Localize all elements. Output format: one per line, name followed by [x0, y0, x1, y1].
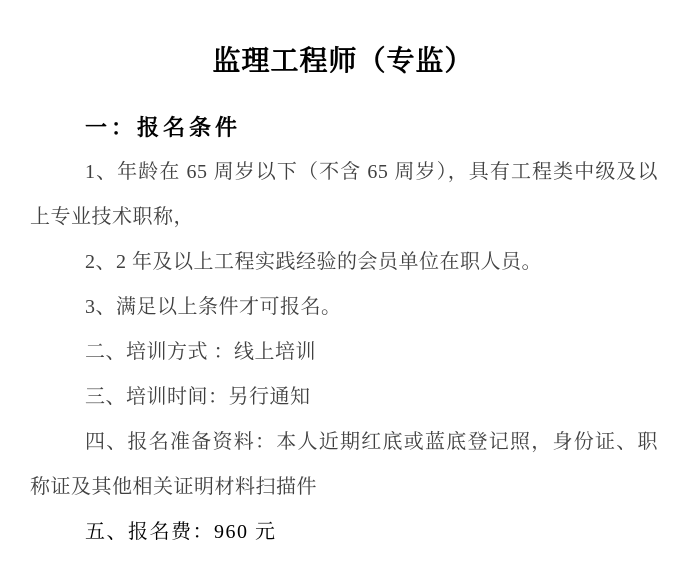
- heading-registration-conditions: 一：报名条件: [30, 105, 658, 150]
- paragraph-experience-requirement: 2、2 年及以上工程实践经验的会员单位在职人员。: [30, 240, 658, 285]
- paragraph-age-requirement: 1、年龄在 65 周岁以下（不含 65 周岁），具有工程类中级及以上专业技术职称…: [30, 150, 658, 240]
- document-body: 一：报名条件 1、年龄在 65 周岁以下（不含 65 周岁），具有工程类中级及以…: [30, 105, 658, 555]
- paragraph-training-time: 三、培训时间：另行通知: [30, 375, 658, 420]
- document-title: 监理工程师（专监）: [0, 46, 686, 78]
- paragraph-eligibility-note: 3、满足以上条件才可报名。: [30, 285, 658, 330]
- paragraph-training-method: 二、培训方式 ：线上培训: [30, 330, 658, 375]
- paragraph-registration-fee: 五、报名费：960 元: [30, 510, 658, 555]
- document-page: 监理工程师（专监） 一：报名条件 1、年龄在 65 周岁以下（不含 65 周岁）…: [0, 0, 686, 574]
- paragraph-required-materials: 四、报名准备资料：本人近期红底或蓝底登记照，身份证、职称证及其他相关证明材料扫描…: [30, 420, 658, 510]
- document-title-text: 监理工程师（专监）: [212, 46, 473, 77]
